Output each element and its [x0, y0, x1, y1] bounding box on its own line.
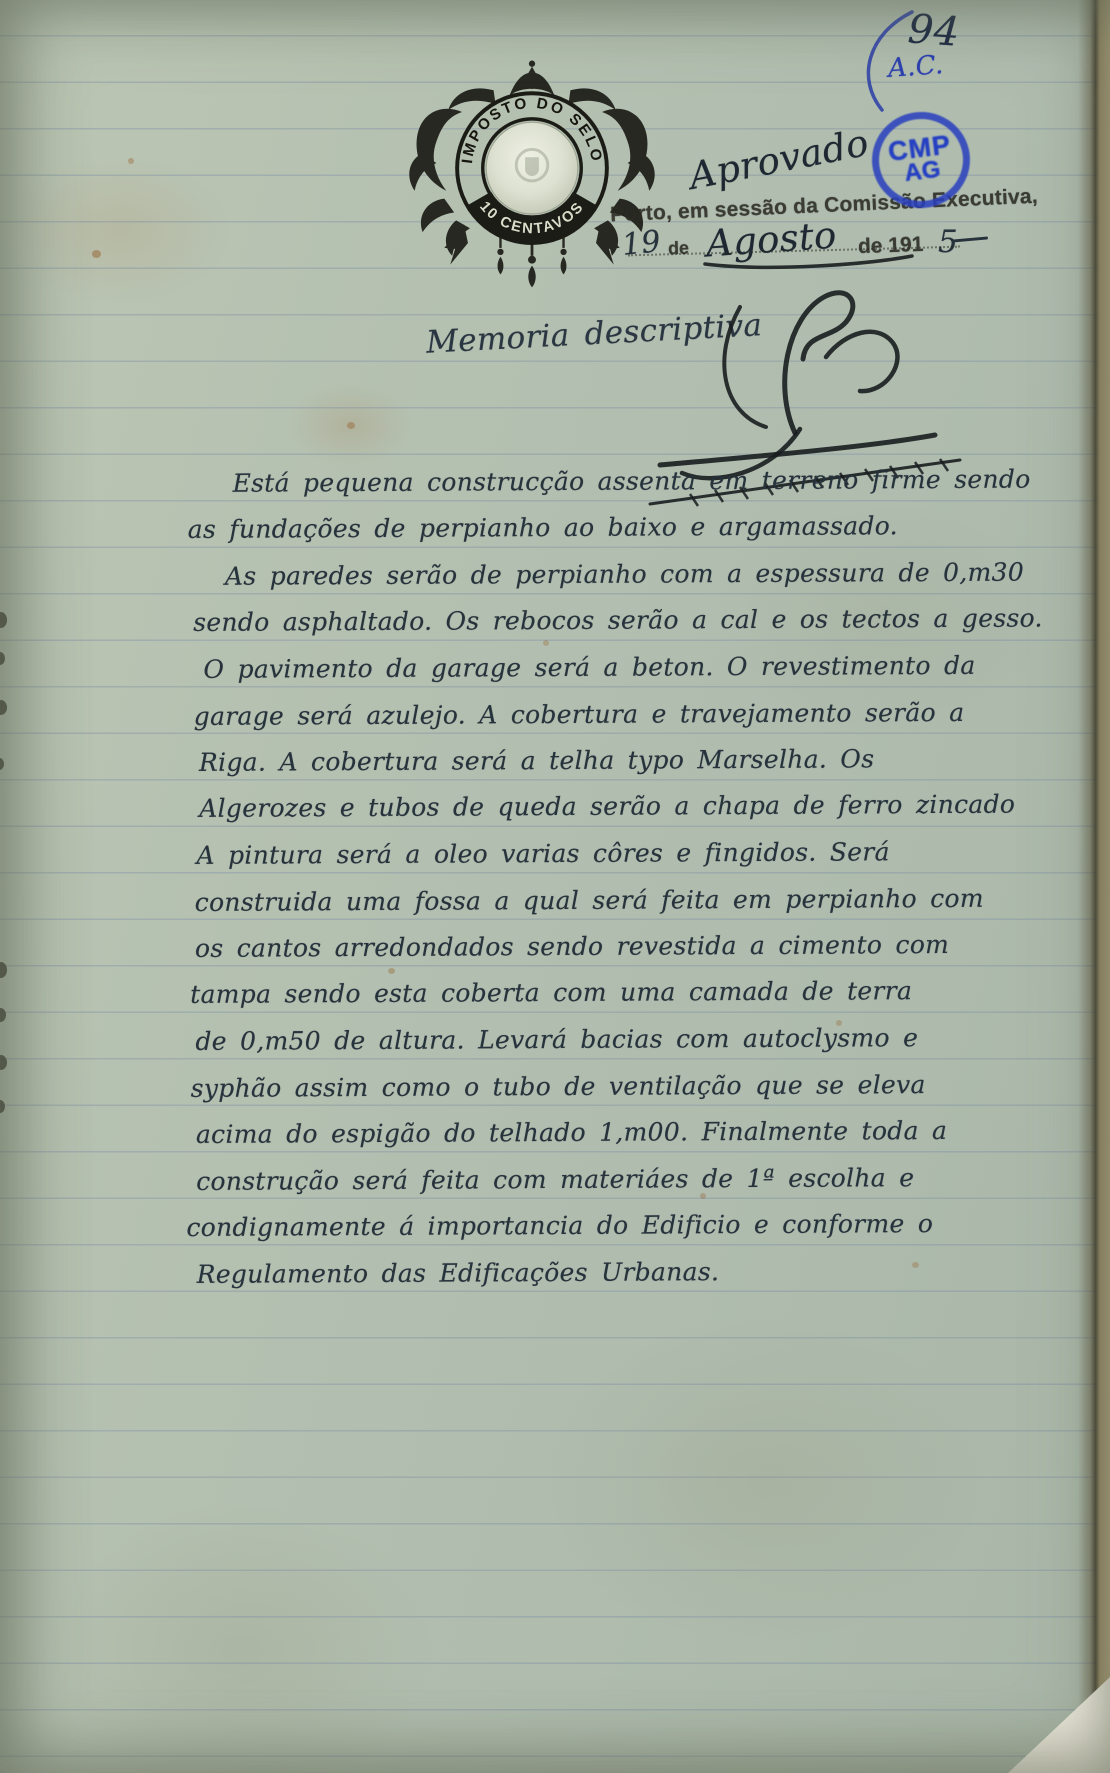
manuscript-line: As paredes serão de perpianho com a espe…: [225, 558, 1024, 591]
manuscript-line: Está pequena construcção assenta em terr…: [232, 465, 1030, 498]
binding-hole: [0, 1008, 6, 1022]
binding-hole: [0, 1100, 5, 1113]
binding-hole: [0, 700, 7, 715]
manuscript-line: O pavimento da garage será a beton. O re…: [203, 651, 975, 684]
manuscript-line: construção será feita com materiáes de 1…: [196, 1163, 914, 1196]
manuscript-line: construida uma fossa a qual será feita e…: [195, 884, 984, 917]
approval-day: 19: [620, 224, 662, 263]
manuscript-line: Regulamento das Edificações Urbanas.: [197, 1257, 720, 1289]
foxing-spot: [347, 422, 355, 429]
manuscript-line: tampa sendo esta coberta com uma camada …: [190, 976, 912, 1009]
approval-of-word: de: [668, 238, 690, 260]
manuscript-line: sendo asphaltado. Os rebocos serão a cal…: [193, 603, 1043, 636]
manuscript-line: os cantos arredondados sendo revestida a…: [195, 930, 949, 963]
foxing-spot: [700, 1193, 706, 1199]
signature-flourish: [590, 265, 960, 455]
binding-hole: [0, 1055, 7, 1070]
manuscript-line: de 0,m50 de altura. Levará bacias com au…: [195, 1023, 918, 1056]
manuscript-body: Está pequena construcção assenta em terr…: [0, 0, 1110, 3]
foxing-spot: [92, 250, 101, 258]
manuscript-line: condignamente á importancia do Edificio …: [186, 1209, 933, 1242]
blue-paren-stroke: [838, 6, 930, 118]
foxing-spot: [543, 640, 549, 646]
manuscript-line: Riga. A cobertura será a telha typo Mars…: [199, 744, 874, 777]
foxing-spot: [388, 968, 395, 974]
manuscript-line: garage será azulejo. A cobertura e trave…: [194, 698, 965, 731]
manuscript-line: Algerozes e tubos de queda serão a chapa…: [199, 790, 1015, 823]
binding-hole: [0, 612, 7, 628]
document-page: 94 A.C.: [0, 0, 1110, 1773]
binding-hole: [0, 758, 4, 770]
approval-handwriting: Aprovado: [686, 121, 873, 198]
manuscript-line: as fundações de perpianho ao baixo e arg…: [188, 511, 898, 544]
manuscript-line: acima do espigão do telhado 1,m00. Final…: [196, 1116, 947, 1149]
page-right-edge: [1078, 0, 1110, 1773]
manuscript-line: syphão assim como o tubo de ventilação q…: [191, 1070, 926, 1103]
foxing-spot: [912, 1262, 919, 1268]
binding-hole: [0, 962, 7, 978]
manuscript-line: A pintura será a oleo varias côres e fin…: [196, 837, 890, 870]
foxing-spot: [128, 158, 134, 164]
binding-hole: [0, 652, 5, 665]
round-stamp-line2: AG: [903, 159, 942, 186]
